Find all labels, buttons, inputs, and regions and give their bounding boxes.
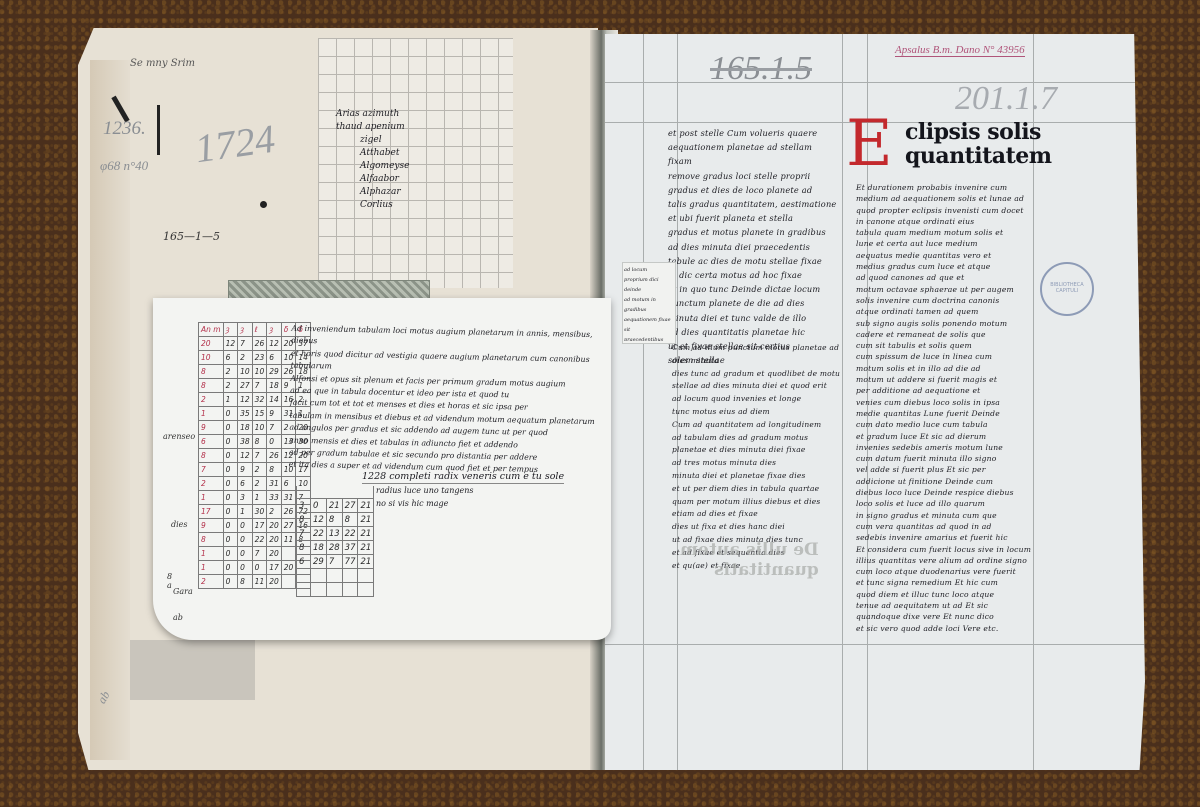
text-line: vel adde si fuerit plus Et sic per: [856, 464, 1034, 475]
star-name: Alphazar: [336, 186, 409, 199]
text-line: medius gradus cum luce et atque: [856, 261, 1034, 272]
text-line: cadere et remaneat de solis que: [856, 329, 1034, 340]
text-line: cum spissum de luce in linea cum: [856, 351, 1034, 362]
text-line: aequatus medie quantitas vero et: [856, 250, 1034, 261]
text-line: loco solis et luce ad illo quarum: [856, 498, 1034, 509]
table-cell: 7: [238, 337, 253, 351]
table-cell: 0: [252, 561, 267, 575]
text-line: cum sit tabulis et solis quem: [856, 340, 1034, 351]
table-row: 103133317: [199, 491, 311, 505]
text-line: invenies sedebis ameris motum lune: [856, 442, 1034, 453]
ruling-line: [605, 82, 1145, 83]
ruling-line: [605, 644, 1145, 645]
table-cell: 12: [238, 393, 253, 407]
side-label: dies: [171, 520, 188, 529]
ink-mark: [157, 105, 160, 155]
table-cell: 26: [281, 505, 296, 519]
text-line: gradus et dies de loco planete ad: [668, 183, 838, 197]
text-line: lune et certa aut luce medium: [856, 238, 1034, 249]
table-cell: 0: [238, 547, 253, 561]
table-cell: 20: [267, 519, 282, 533]
table-cell: 7: [297, 527, 311, 541]
text-line: motum solis et in illo ad die ad: [856, 363, 1034, 374]
text-line: in dic certa motus ad hoc fixae: [668, 268, 838, 282]
table-cell: 1: [199, 491, 224, 505]
table-cell: 8: [297, 541, 311, 555]
text-line: cum loco atque duodenarius vere fuerit: [856, 566, 1034, 577]
table-cell: 0: [223, 463, 238, 477]
text-line: gradus et motus planete in gradibus: [668, 225, 838, 239]
text-line: tenue ad aequitatem ut ad Et sic: [856, 600, 1034, 611]
table-cell: 1: [238, 505, 253, 519]
star-name: thaud apenium: [336, 121, 409, 134]
new-pencil-shelfmark: 201.1.7: [955, 80, 1057, 118]
ruling-line: [643, 34, 644, 770]
table-row: 10001720: [199, 561, 311, 575]
text-line: et ubi fuerit planeta et stella: [668, 211, 838, 225]
table-cell: 17: [199, 505, 224, 519]
table-cell: 21: [358, 513, 374, 527]
text-line: et ut per diem dies in tabula quartae: [672, 483, 842, 496]
right-text-column: Et durationem probabis invenire cum medi…: [856, 182, 1034, 634]
small-grid-table: 3021272181288217221322218182837216297772…: [296, 486, 374, 597]
table-cell: 8: [199, 533, 224, 547]
table-cell: 8: [199, 379, 224, 393]
table-cell: 7: [252, 449, 267, 463]
text-line: talis gradus quantitatem, aestimatione: [668, 197, 838, 211]
table-cell: [281, 547, 296, 561]
table-cell: 18: [238, 421, 253, 435]
note-line-3: no si vis hic mage: [362, 497, 564, 510]
star-name: Atthabet: [336, 147, 409, 160]
table-cell: 0: [238, 519, 253, 533]
text-line: diebus loco luce Deinde respice diebus: [856, 487, 1034, 498]
text-line: quod diem et illuc tunc loco atque: [856, 589, 1034, 600]
heading-line-2: quantitatem: [905, 144, 1052, 168]
table-cell: 35: [238, 407, 253, 421]
ruling-line: [842, 34, 843, 770]
top-inscription: Se mny Srim: [130, 58, 195, 69]
text-line: Cum ad quantitatem ad longitudinem: [672, 419, 842, 432]
text-line: per additione ad aequatione et: [856, 385, 1034, 396]
table-cell: 30: [252, 505, 267, 519]
red-initial-letter: E: [846, 112, 893, 176]
text-line: aequationem planetae ad stellam fixam: [668, 140, 838, 168]
table-cell: 27: [238, 379, 253, 393]
side-label: ab: [173, 613, 183, 622]
table-cell: 3: [297, 499, 311, 513]
table-cell: 13: [326, 527, 342, 541]
table-cell: 7: [199, 463, 224, 477]
table-row: 30212721: [297, 499, 374, 513]
text-line: ad quod canones ad que et: [856, 272, 1034, 283]
table-cell: 0: [223, 505, 238, 519]
table-cell: 10: [238, 365, 253, 379]
text-line: cum datum fuerit minuta illo signo: [856, 453, 1034, 464]
table-row: 206231610: [199, 477, 311, 491]
table-cell: 21: [358, 541, 374, 555]
table-cell: 9: [199, 519, 224, 533]
ink-shelfmark: 165—1—5: [163, 230, 220, 243]
table-cell: 15: [252, 407, 267, 421]
table-cell: 1: [199, 547, 224, 561]
text-line: quam per motum illius diebus et dies: [672, 496, 842, 509]
text-line: et tunc signa remedium Et hic cum: [856, 577, 1034, 588]
text-line: minuta diei et tunc valde de illo: [668, 311, 838, 325]
table-cell: 6: [238, 477, 253, 491]
table-cell: 0: [223, 491, 238, 505]
table-cell: 2: [223, 365, 238, 379]
table-cell: 20: [267, 547, 282, 561]
table-cell: 1: [252, 491, 267, 505]
table-row: 8002220118: [199, 533, 311, 547]
table-cell: 32: [252, 393, 267, 407]
table-cell: 8: [342, 513, 358, 527]
table-cell: 2: [199, 393, 224, 407]
slip-text-block: Ad inveniendum tabulam loci motus augium…: [288, 323, 607, 478]
table-cell: 12: [223, 337, 238, 351]
table-cell: 21: [358, 555, 374, 569]
table-cell: 12: [267, 337, 282, 351]
table-cell: 8: [267, 463, 282, 477]
heading-line-1: clipsis solis: [905, 120, 1052, 144]
text-line: tabula quam medium motum solis et: [856, 227, 1034, 238]
library-stamp: BIBLIOTHECA CAPITULI: [1040, 262, 1094, 316]
side-label: Gara: [173, 587, 193, 596]
table-cell: 1: [223, 393, 238, 407]
table-cell: 8: [297, 513, 311, 527]
table-cell: 0: [223, 407, 238, 421]
text-line: medie quantitas Lune fuerit Deinde: [856, 408, 1034, 419]
stamp-text: BIBLIOTHECA CAPITULI: [1046, 282, 1088, 294]
table-cell: 6: [267, 351, 282, 365]
table-row: 62977721: [297, 555, 374, 569]
table-cell: 8: [199, 365, 224, 379]
pencil-number-1236: 1236.: [103, 118, 146, 140]
slip-note: 1228 completi radix veneris cum e tu sol…: [362, 470, 564, 510]
star-name: Arias azimuth: [336, 108, 409, 121]
star-name: Algomeyse: [336, 160, 409, 173]
table-cell: 8: [326, 513, 342, 527]
table-cell: 6: [281, 477, 296, 491]
table-cell: 22: [342, 527, 358, 541]
table-cell: 37: [342, 541, 358, 555]
table-cell: 2: [223, 379, 238, 393]
text-line: venies cum diebus loco solis in ipsa: [856, 397, 1034, 408]
note-line-1: 1228 completi radix veneris cum e tu sol…: [362, 470, 564, 484]
star-name: zigel: [336, 134, 409, 147]
text-line: cum vera quantitas ad quod in ad: [856, 521, 1034, 532]
text-line: et post stelle Cum volueris quaere: [668, 126, 838, 140]
chapter-heading: clipsis solis quantitatem: [905, 120, 1052, 168]
table-row: 90017202716: [199, 519, 311, 533]
left-text-column-lower: Cum ad illum punctum motus planetae ad d…: [672, 342, 842, 572]
text-line: Et durationem probabis invenire cum: [856, 182, 1034, 193]
table-cell: 0: [311, 499, 327, 513]
table-cell: 31: [267, 477, 282, 491]
note-line-2: radius luce uno tangens: [362, 484, 564, 497]
table-cell: 10: [252, 365, 267, 379]
text-line: tabule ac dies de motu stellae fixae: [668, 254, 838, 268]
text-line: atque ordinati tamen ad quem: [856, 306, 1034, 317]
table-cell: 2: [199, 477, 224, 491]
table-cell: 7: [326, 555, 342, 569]
text-line: Cum ad illum punctum motus planetae ad d…: [672, 342, 842, 368]
table-cell: 22: [311, 527, 327, 541]
table-cell: 6: [297, 555, 311, 569]
purple-ownership-inscription: Apsalus B.m. Dano N° 43956: [895, 44, 1025, 57]
table-cell: 18: [267, 379, 282, 393]
table-cell: 26: [267, 449, 282, 463]
table-cell: 1: [199, 407, 224, 421]
table-cell: 0: [223, 561, 238, 575]
text-line: et in quo tunc Deinde dictae locum: [668, 282, 838, 296]
text-line: minuta diei et planetae fixae dies: [672, 470, 842, 483]
empty-row: [297, 583, 374, 597]
table-cell: 0: [223, 435, 238, 449]
table-cell: 33: [267, 491, 282, 505]
table-cell: 8: [238, 575, 253, 589]
table-cell: 12: [238, 449, 253, 463]
table-cell: 10: [199, 351, 224, 365]
margin-note: ad locum proprium dici deinde ad motum i…: [624, 265, 672, 341]
table-cell: 0: [223, 547, 238, 561]
text-line: sedebis invenire amarius et fuerit hic: [856, 532, 1034, 543]
left-text-column: et post stelle Cum volueris quaere aequa…: [668, 126, 838, 367]
text-line: et gradum luce Et sic ad dierum: [856, 431, 1034, 442]
table-cell: 21: [358, 527, 374, 541]
text-line: solis invenire cum doctrina canonis: [856, 295, 1034, 306]
text-line: in signo gradus et minuta cum que: [856, 510, 1034, 521]
text-line: dies ut fixa et dies hanc diei: [672, 521, 842, 534]
torn-board-patch: [130, 640, 255, 700]
table-row: 2081120: [199, 575, 311, 589]
table-cell: 27: [281, 519, 296, 533]
table-cell: 0: [223, 449, 238, 463]
star-name: Alfaabor: [336, 173, 409, 186]
side-label: arenseo: [163, 432, 195, 441]
table-cell: 26: [252, 337, 267, 351]
text-line: addicione ut finitione Deinde cum: [856, 476, 1034, 487]
table-cell: 29: [311, 555, 327, 569]
table-row: 818283721: [297, 541, 374, 555]
table-cell: 12: [311, 513, 327, 527]
table-cell: 6: [199, 435, 224, 449]
table-cell: 1: [199, 561, 224, 575]
table-cell: 27: [342, 499, 358, 513]
table-cell: 2: [267, 505, 282, 519]
wormhole: [260, 201, 267, 208]
table-cell: 17: [252, 519, 267, 533]
text-line: planetae et dies minuta diei fixae: [672, 444, 842, 457]
text-line: in canone atque ordinati eius: [856, 216, 1034, 227]
table-cell: 20: [267, 575, 282, 589]
text-line: quod propter eclipsis invenisti cum doce…: [856, 205, 1034, 216]
text-line: etiam ad dies et fixae: [672, 508, 842, 521]
star-name: Corlius: [336, 199, 409, 212]
text-line: punctum planete de die ad dies: [668, 296, 838, 310]
text-line: ad tres motus minuta dies: [672, 457, 842, 470]
table-cell: 21: [326, 499, 342, 513]
text-line: tunc motus eius ad diem: [672, 406, 842, 419]
table-row: 8128821: [297, 513, 374, 527]
table-cell: 0: [223, 519, 238, 533]
text-line: medium ad aequationem solis et lunae ad: [856, 193, 1034, 204]
table-cell: 2: [238, 351, 253, 365]
table-cell: 6: [223, 351, 238, 365]
text-line: motum ut addere si fuerit magis et: [856, 374, 1034, 385]
table-cell: [281, 575, 296, 589]
table-cell: 11: [252, 575, 267, 589]
pencil-number-catalog: φ68 n°40: [100, 158, 148, 174]
table-cell: 22: [252, 533, 267, 547]
table-row: 17013022672: [199, 505, 311, 519]
table-cell: 0: [223, 575, 238, 589]
text-line: motum octavae sphaerae ut per augem: [856, 284, 1034, 295]
table-cell: 0: [223, 477, 238, 491]
text-line: sub signo augis solis ponendo motum: [856, 318, 1034, 329]
table-cell: 20: [267, 533, 282, 547]
table-cell: 31: [281, 491, 296, 505]
table-cell: 20: [199, 337, 224, 351]
text-line: Et considera cum fuerit locus sive in lo…: [856, 544, 1034, 555]
table-cell: 77: [342, 555, 358, 569]
table-cell: 9: [238, 463, 253, 477]
text-line: remove gradus loci stelle proprii: [668, 169, 838, 183]
star-name-list: Arias azimuth thaud apenium zigel Atthab…: [336, 108, 409, 212]
table-cell: 28: [326, 541, 342, 555]
table-cell: 23: [252, 351, 267, 365]
text-line: cum dato medio luce cum tabula: [856, 419, 1034, 430]
text-line: et sic vero quod adde loci Vere etc.: [856, 623, 1034, 634]
table-row: 100720: [199, 547, 311, 561]
table-cell: 8: [199, 449, 224, 463]
table-cell: 2: [199, 575, 224, 589]
empty-row: [297, 569, 374, 583]
table-cell: 10: [252, 421, 267, 435]
table-cell: 3: [238, 491, 253, 505]
table-cell: 8: [252, 435, 267, 449]
table-cell: 7: [267, 421, 282, 435]
text-line: ad dies minuta diei praecedentis: [668, 240, 838, 254]
text-line: quandoque dixe vere Et nunc dico: [856, 611, 1034, 622]
side-label: 8 a: [167, 572, 172, 590]
table-cell: 11: [281, 533, 296, 547]
table-cell: 2: [252, 477, 267, 491]
table-cell: 9: [267, 407, 282, 421]
table-cell: 14: [267, 393, 282, 407]
table-cell: 2: [252, 463, 267, 477]
show-through-heading: De ullis autem quantitatis: [680, 540, 819, 580]
text-line: ad dies quantitatis planetae hic: [668, 325, 838, 339]
table-cell: 29: [267, 365, 282, 379]
table-cell: 38: [238, 435, 253, 449]
text-line: ad tabulam dies ad gradum motus: [672, 432, 842, 445]
table-row: 722132221: [297, 527, 374, 541]
text-line: illius quantitas vere alium ad ordine si…: [856, 555, 1034, 566]
text-line: dies tunc ad gradum et quodlibet de motu: [672, 368, 842, 381]
table-cell: 20: [281, 561, 296, 575]
table-cell: 0: [223, 533, 238, 547]
table-cell: 7: [252, 379, 267, 393]
table-cell: 9: [199, 421, 224, 435]
struck-pencil-shelfmark: 165.1.5: [710, 50, 812, 88]
text-line: stellae ad dies minuta diei et quod erit: [672, 380, 842, 393]
table-cell: 0: [223, 421, 238, 435]
table-cell: 21: [358, 499, 374, 513]
table-cell: 18: [311, 541, 327, 555]
table-cell: 0: [267, 435, 282, 449]
table-cell: 17: [267, 561, 282, 575]
table-cell: 7: [252, 547, 267, 561]
table-cell: 0: [238, 533, 253, 547]
table-cell: 0: [238, 561, 253, 575]
text-line: ad locum quod invenies et longe: [672, 393, 842, 406]
